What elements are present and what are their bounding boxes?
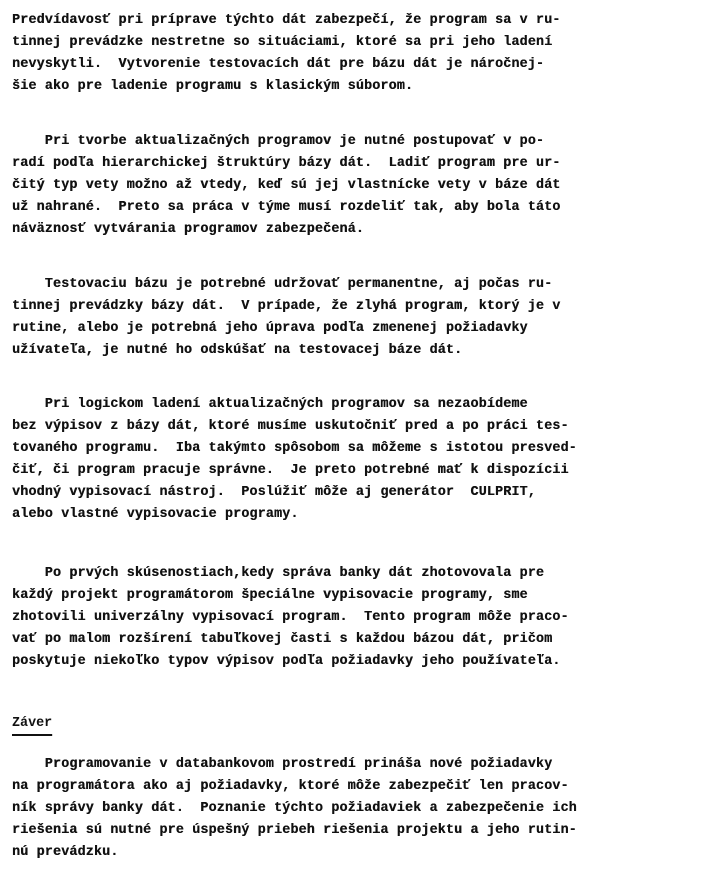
paragraph-4-line-2: bez výpisov z bázy dát, ktoré musíme usk… bbox=[12, 419, 569, 435]
paragraph-3-line-3: rutine, alebo je potrebná jeho úprava po… bbox=[12, 321, 528, 337]
paragraph-2-line-3: čitý typ vety možno až vtedy, keď sú jej… bbox=[12, 178, 560, 194]
closing-paragraph-line-4: riešenia sú nutné pre úspešný priebeh ri… bbox=[12, 823, 577, 839]
paragraph-3-line-4: užívateľa, je nutné ho odskúšať na testo… bbox=[12, 343, 462, 359]
closing-paragraph-line-3: ník správy banky dát. Poznanie týchto po… bbox=[12, 801, 577, 817]
closing-paragraph-line-5: nú prevádzku. bbox=[12, 845, 118, 861]
paragraph-2-line-5: náväznosť vytvárania programov zabezpeče… bbox=[12, 222, 364, 238]
paragraph-4-line-1: Pri logickom ladení aktualizačných progr… bbox=[12, 397, 528, 413]
typewritten-page: Predvídavosť pri príprave týchto dát zab… bbox=[0, 0, 722, 882]
paragraph-2-line-2: radí podľa hierarchickej štruktúry bázy … bbox=[12, 156, 560, 172]
closing-paragraph-line-1: Programovanie v databankovom prostredí p… bbox=[12, 757, 552, 773]
paragraph-1-line-2: tinnej prevádzke nestretne so situáciami… bbox=[12, 35, 552, 51]
paragraph-4-line-3: tovaného programu. Iba takýmto spôsobom … bbox=[12, 441, 577, 457]
paragraph-5-line-2: každý projekt programátorom špeciálne vy… bbox=[12, 588, 528, 604]
paragraph-2-line-4: už nahrané. Preto sa práca v týme musí r… bbox=[12, 200, 560, 216]
paragraph-3-line-1: Testovaciu bázu je potrebné udržovať per… bbox=[12, 277, 552, 293]
paragraph-5-line-1: Po prvých skúsenostiach,kedy správa bank… bbox=[12, 566, 544, 582]
paragraph-1-line-3: nevyskytli. Vytvorenie testovacích dát p… bbox=[12, 57, 544, 73]
closing-paragraph-line-2: na programátora ako aj požiadavky, ktoré… bbox=[12, 779, 569, 795]
paragraph-2-line-1: Pri tvorbe aktualizačných programov je n… bbox=[12, 134, 544, 150]
paragraph-5-line-5: poskytuje niekoľko typov výpisov podľa p… bbox=[12, 654, 560, 670]
paragraph-4-line-6: alebo vlastné vypisovacie programy. bbox=[12, 507, 299, 523]
paragraph-5-line-4: vať po malom rozšírení tabuľkovej časti … bbox=[12, 632, 552, 648]
paragraph-1-line-4: šie ako pre ladenie programu s klasickým… bbox=[12, 79, 413, 95]
paragraph-4-line-5: vhodný vypisovací nástroj. Poslúžiť môže… bbox=[12, 485, 536, 501]
section-heading: Záver bbox=[12, 716, 52, 731]
paragraph-5-line-3: zhotovili univerzálny vypisovací program… bbox=[12, 610, 569, 626]
paragraph-1-line-1: Predvídavosť pri príprave týchto dát zab… bbox=[12, 13, 560, 29]
paragraph-4-line-4: čiť, či program pracuje správne. Je pret… bbox=[12, 463, 569, 479]
paragraph-3-line-2: tinnej prevádzky bázy dát. V prípade, že… bbox=[12, 299, 560, 315]
